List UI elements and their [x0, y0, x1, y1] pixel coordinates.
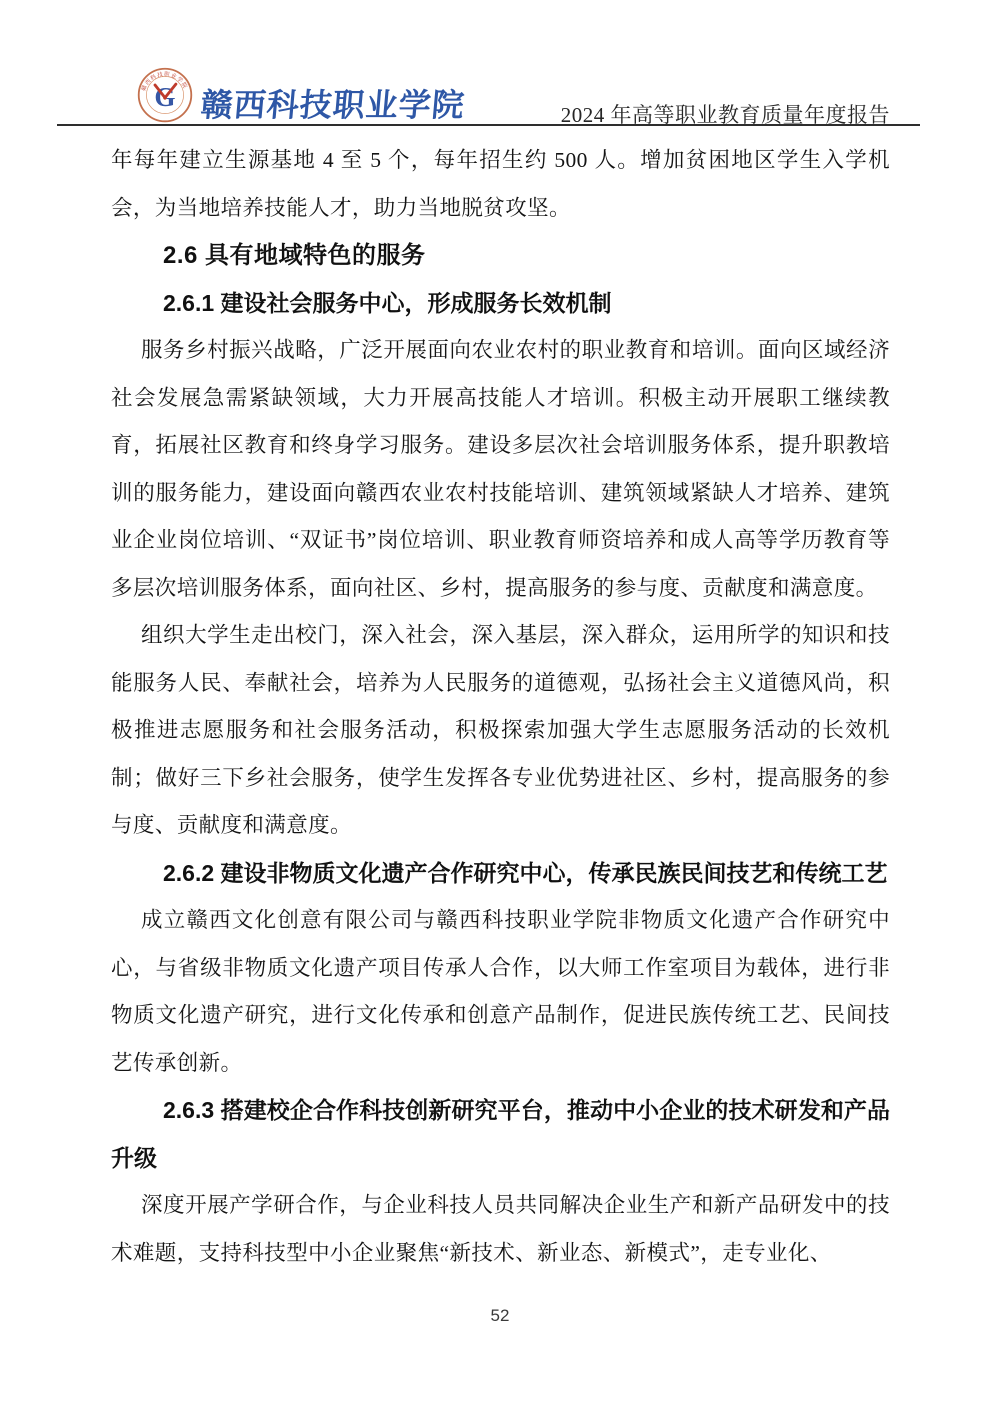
- paragraph-intro-continuation: 年每年建立生源基地 4 至 5 个，每年招生约 500 人。增加贫困地区学生入学…: [111, 137, 890, 232]
- heading-section-2-6-3: 2.6.3 搭建校企合作科技创新研究平台，推动中小企业的技术研发和产品升级: [111, 1087, 890, 1182]
- paragraph-2-6-1-a: 服务乡村振兴战略，广泛开展面向农业农村的职业教育和培训。面向区域经济社会发展急需…: [111, 327, 890, 612]
- paragraph-2-6-3-a: 深度开展产学研合作，与企业科技人员共同解决企业生产和新产品研发中的技术难题，支持…: [111, 1182, 890, 1277]
- paragraph-2-6-1-b: 组织大学生走出校门，深入社会，深入基层，深入群众，运用所学的知识和技能服务人民、…: [111, 612, 890, 850]
- report-page: 赣西科技职业学院 G 赣西科技职业学院 2024 年高等职业教育质量年度报告 年…: [0, 0, 1000, 1411]
- heading-section-2-6: 2.6 具有地域特色的服务: [111, 232, 890, 280]
- college-name: 赣西科技职业学院: [199, 80, 467, 126]
- paragraph-2-6-2-a: 成立赣西文化创意有限公司与赣西科技职业学院非物质文化遗产合作研究中心，与省级非物…: [111, 897, 890, 1087]
- seal-center-dot: [163, 96, 167, 100]
- college-seal-logo: 赣西科技职业学院 G: [136, 66, 194, 124]
- page-header: 赣西科技职业学院 G 赣西科技职业学院 2024 年高等职业教育质量年度报告: [0, 0, 1000, 133]
- document-body: 年每年建立生源基地 4 至 5 个，每年招生约 500 人。增加贫困地区学生入学…: [111, 137, 890, 1277]
- heading-section-2-6-1: 2.6.1 建设社会服务中心，形成服务长效机制: [111, 280, 890, 328]
- heading-section-2-6-2: 2.6.2 建设非物质文化遗产合作研究中心，传承民族民间技艺和传统工艺: [111, 850, 890, 898]
- header-divider: [57, 124, 920, 126]
- page-number: 52: [0, 1306, 1000, 1326]
